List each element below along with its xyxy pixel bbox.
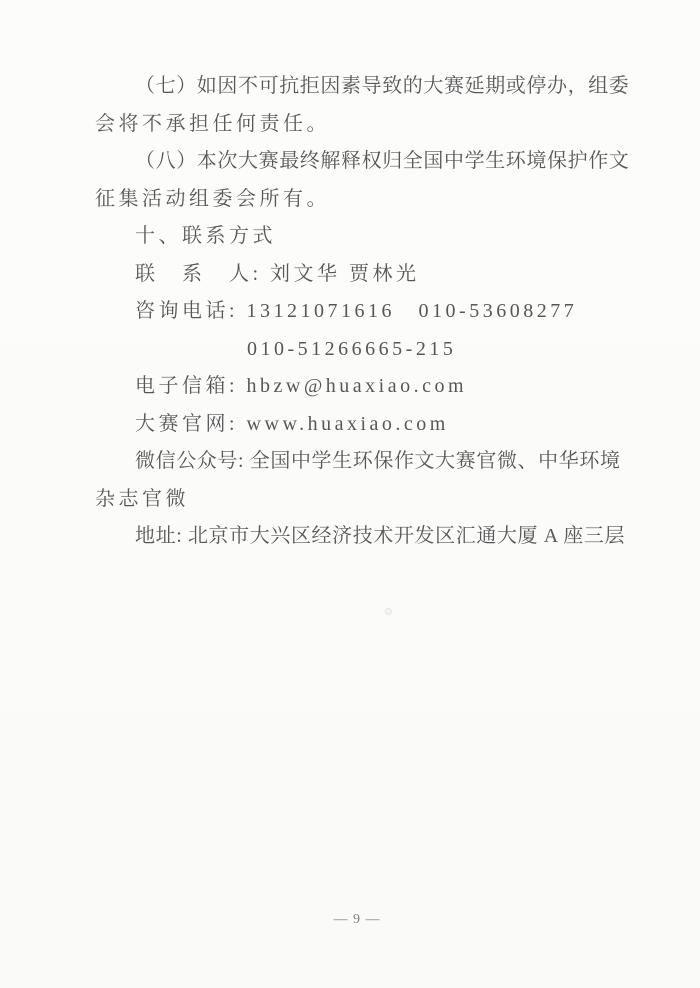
paragraph-8-line-1: （八）本次大赛最终解释权归全国中学生环境保护作文 xyxy=(95,143,625,181)
paragraph-8-line-2: 征集活动组委会所有。 xyxy=(95,181,625,219)
scan-artifact-speck xyxy=(385,608,392,615)
contact-person-line: 联 系 人: 刘文华 贾林光 xyxy=(95,256,625,294)
paragraph-7-line-1: （七）如因不可抗拒因素导致的大赛延期或停办，组委 xyxy=(95,68,625,106)
page-number: — 9 — xyxy=(0,912,700,928)
wechat-line-1: 微信公众号: 全国中学生环保作文大赛官微、中华环境 xyxy=(95,443,625,481)
phone-line-2: 010-51266665-215 xyxy=(95,331,625,369)
document-page: （七）如因不可抗拒因素导致的大赛延期或停办，组委 会将不承担任何责任。 （八）本… xyxy=(0,0,700,988)
paragraph-7-line-2: 会将不承担任何责任。 xyxy=(95,106,625,144)
phone-line-1: 咨询电话: 13121071616 010-53608277 xyxy=(95,293,625,331)
email-line: 电子信箱: hbzw@huaxiao.com xyxy=(95,368,625,406)
address-line: 地址: 北京市大兴区经济技术开发区汇通大厦 A 座三层 xyxy=(95,518,625,556)
wechat-line-2: 杂志官微 xyxy=(95,481,625,519)
section-heading-contact: 十、联系方式 xyxy=(95,218,625,256)
document-content: （七）如因不可抗拒因素导致的大赛延期或停办，组委 会将不承担任何责任。 （八）本… xyxy=(95,68,625,556)
website-line: 大赛官网: www.huaxiao.com xyxy=(95,406,625,444)
